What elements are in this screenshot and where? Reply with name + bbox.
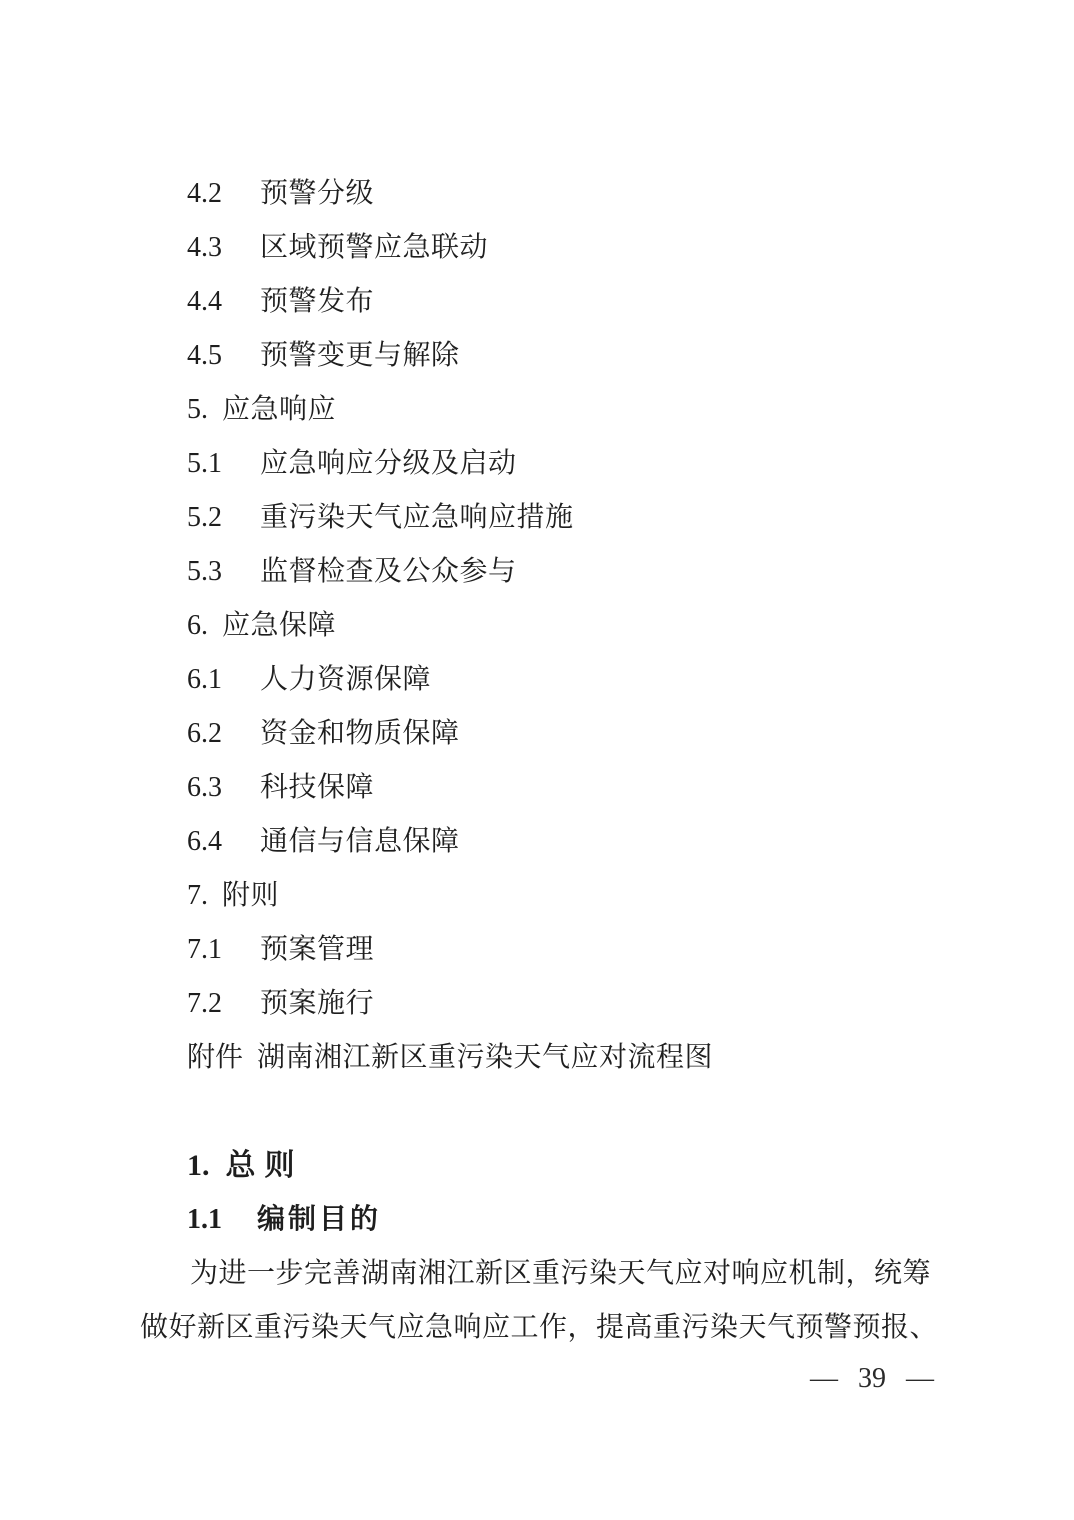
toc-entry-number: 7.1	[187, 934, 222, 965]
toc-entry: 7.附则	[140, 869, 934, 923]
subsection-heading-title: 编制目的	[257, 1204, 381, 1235]
page-number-dash-right: —	[906, 1363, 934, 1394]
toc-entry-number: 4.4	[187, 286, 222, 317]
toc-entry-label: 区域预警应急联动	[260, 232, 488, 263]
toc-entry-number: 5.3	[187, 556, 222, 587]
paragraph-line: 做好新区重污染天气应急响应工作，提高重污染天气预警预报、	[140, 1301, 934, 1355]
toc-entry-label: 附则	[222, 880, 279, 911]
toc-entry-number: 5.	[187, 394, 208, 425]
toc-entry-number: 6.4	[187, 826, 222, 857]
toc-entry: 5.2重污染天气应急响应措施	[140, 491, 934, 545]
toc-entry-number: 6.2	[187, 718, 222, 749]
toc-entry-number: 7.2	[187, 988, 222, 1019]
toc-entry-number: 6.1	[187, 664, 222, 695]
toc-entry-label: 预警发布	[260, 286, 374, 317]
toc-entry-label: 资金和物质保障	[260, 718, 460, 749]
toc-entry: 6.4通信与信息保障	[140, 815, 934, 869]
toc-entry-label: 湖南湘江新区重污染天气应对流程图	[257, 1042, 713, 1073]
toc-entry-label: 人力资源保障	[260, 664, 431, 695]
toc-entry-label: 监督检查及公众参与	[260, 556, 517, 587]
toc-entry: 6.2资金和物质保障	[140, 707, 934, 761]
toc-entry: 6.应急保障	[140, 599, 934, 653]
toc-entry: 4.3区域预警应急联动	[140, 221, 934, 275]
toc-entry-number: 5.1	[187, 448, 222, 479]
toc-entry-label: 科技保障	[260, 772, 374, 803]
toc-entry: 7.2预案施行	[140, 977, 934, 1031]
toc-entry-number: 4.5	[187, 340, 222, 371]
toc-entry-label: 预案施行	[260, 988, 374, 1019]
toc-entry-label: 预警变更与解除	[260, 340, 460, 371]
toc-entry: 7.1预案管理	[140, 923, 934, 977]
toc-entry: 附件湖南湘江新区重污染天气应对流程图	[140, 1031, 934, 1085]
document-content: 4.2预警分级 4.3区域预警应急联动 4.4预警发布 4.5预警变更与解除 5…	[140, 167, 934, 1355]
section-heading-title: 总则	[226, 1149, 304, 1182]
blank-line	[140, 1085, 934, 1139]
subsection-heading-number: 1.1	[187, 1204, 222, 1235]
toc-entry-number: 附件	[187, 1042, 243, 1073]
document-page: 4.2预警分级 4.3区域预警应急联动 4.4预警发布 4.5预警变更与解除 5…	[0, 0, 1074, 1520]
toc-entry-label: 预案管理	[260, 934, 374, 965]
toc-entry-number: 6.3	[187, 772, 222, 803]
toc-entry-number: 6.	[187, 610, 208, 641]
toc-entry-label: 应急保障	[222, 610, 336, 641]
toc-entry-number: 7.	[187, 880, 208, 911]
toc-entry: 4.5预警变更与解除	[140, 329, 934, 383]
toc-entry: 6.1人力资源保障	[140, 653, 934, 707]
toc-entry-number: 4.3	[187, 232, 222, 263]
subsection-heading: 1.1编制目的	[140, 1193, 934, 1247]
page-number-dash-left: —	[810, 1363, 838, 1394]
toc-entry-label: 通信与信息保障	[260, 826, 460, 857]
toc-entry: 5.3监督检查及公众参与	[140, 545, 934, 599]
section-heading-number: 1.	[187, 1149, 210, 1182]
toc-entry: 5.应急响应	[140, 383, 934, 437]
paragraph-line: 为进一步完善湖南湘江新区重污染天气应对响应机制，统筹	[140, 1247, 934, 1301]
toc-entry: 6.3科技保障	[140, 761, 934, 815]
toc-entry-label: 应急响应分级及启动	[260, 448, 517, 479]
toc-entry: 4.4预警发布	[140, 275, 934, 329]
toc-entry-number: 5.2	[187, 502, 222, 533]
toc-entry-number: 4.2	[187, 178, 222, 209]
toc-entry: 4.2预警分级	[140, 167, 934, 221]
page-number-value: 39	[858, 1363, 886, 1394]
page-number: —39—	[810, 1352, 934, 1406]
section-heading: 1.总则	[140, 1139, 934, 1193]
toc-entry-label: 重污染天气应急响应措施	[260, 502, 574, 533]
toc-entry: 5.1应急响应分级及启动	[140, 437, 934, 491]
toc-entry-label: 应急响应	[222, 394, 336, 425]
toc-entry-label: 预警分级	[260, 178, 374, 209]
